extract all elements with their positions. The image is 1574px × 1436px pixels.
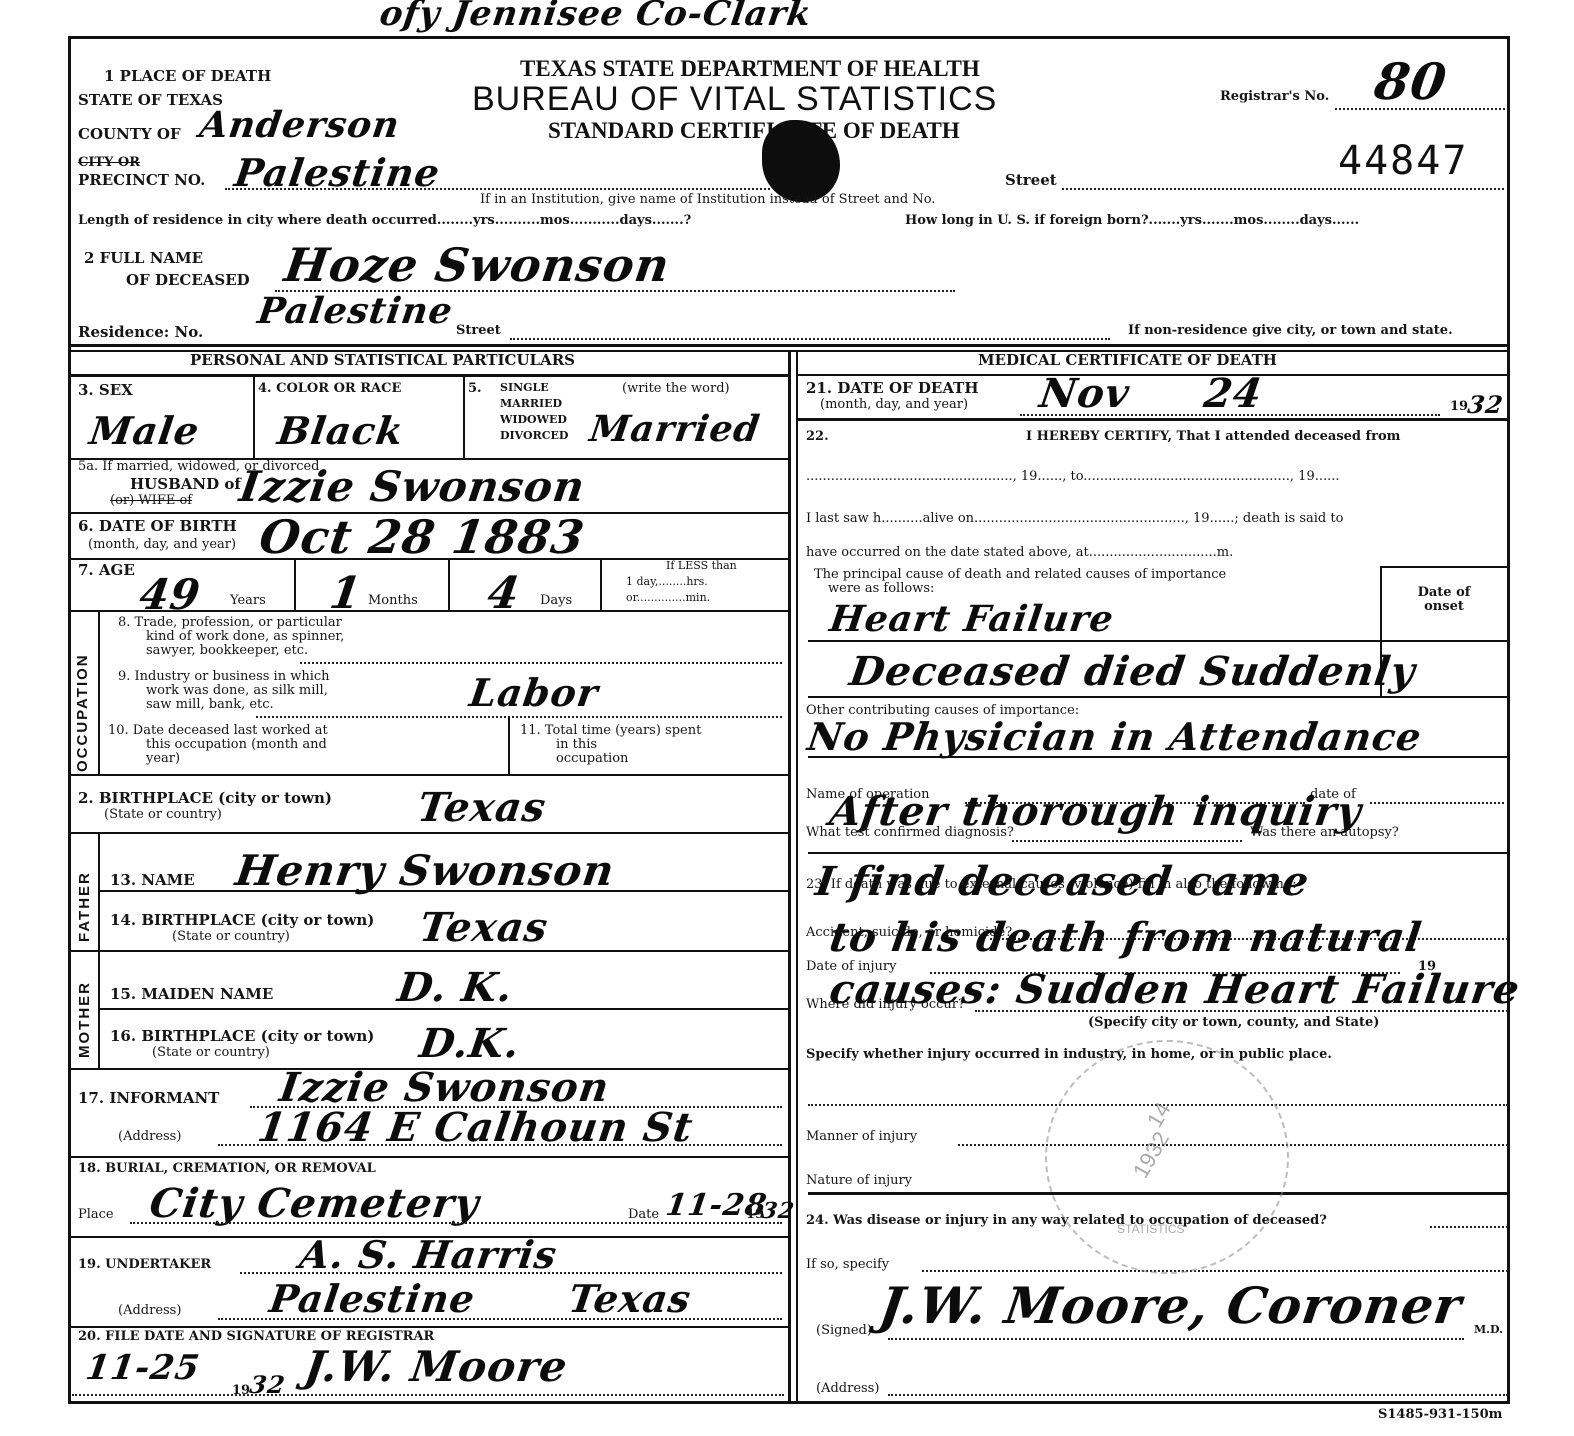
cause-label-1: The principal cause of death and related…	[814, 568, 1226, 582]
county-label: COUNTY OF	[78, 126, 181, 142]
burial-year-value: 32	[760, 1198, 796, 1224]
age-less-2: 1 day,........hrs.	[626, 576, 708, 588]
mother-birthplace-label-2: (State or country)	[152, 1046, 270, 1060]
mother-maiden-label: 15. MAIDEN NAME	[110, 986, 273, 1002]
father-birthplace-value: Texas	[417, 904, 552, 951]
date-of-onset-label: Date of onset	[1404, 586, 1484, 614]
occ10-line3: year)	[146, 752, 180, 766]
marital-single: SINGLE	[500, 382, 549, 394]
race-value: Black	[275, 408, 407, 453]
stamp-text: STATISTICS	[1117, 1222, 1185, 1236]
occ9-line3: saw mill, bank, etc.	[146, 698, 274, 712]
cause-label-2: were as follows:	[828, 582, 934, 596]
occ9-line2: work was done, as silk mill,	[146, 684, 328, 698]
cause-2: Deceased died Suddenly	[847, 648, 1419, 695]
received-stamp: 14 1932 STATISTICS	[1045, 1040, 1289, 1274]
cause-1: Heart Failure	[827, 598, 1117, 640]
birthplace-label-2: (State or country)	[104, 808, 222, 822]
test-label: What test confirmed diagnosis?	[806, 826, 1014, 840]
mother-birthplace-value: D.K.	[417, 1020, 523, 1067]
occurred-line: have occurred on the date stated above, …	[806, 546, 1233, 560]
father-birthplace-label-2: (State or country)	[172, 930, 290, 944]
stamp-year: 1932	[1128, 1127, 1175, 1182]
dod-label-1: 21. DATE OF DEATH	[806, 380, 979, 396]
age-years-label: Years	[230, 594, 266, 608]
form-code: S1485-931-150m	[1378, 1408, 1502, 1422]
father-name-value: Henry Swonson	[233, 846, 618, 895]
signed-label: (Signed)	[816, 1324, 872, 1338]
specify-place-note: Specify whether injury occurred in indus…	[806, 1048, 1332, 1062]
occ8-line2: kind of work done, as spinner,	[146, 630, 344, 644]
dod-label-2: (month, day, and year)	[820, 398, 968, 412]
informant-label: 17. INFORMANT	[78, 1090, 219, 1106]
residence-street-label: Street	[456, 324, 501, 338]
other-causes-value: No Physician in Attendance	[805, 714, 1425, 759]
registrar-signature: J.W. Moore	[302, 1342, 571, 1391]
deceased-name: Hoze Swonson	[281, 238, 673, 292]
certificate-title: STANDARD CERTIFICATE OF DEATH	[548, 118, 960, 144]
external-causes-value: I find deceased came	[813, 858, 1313, 905]
of-deceased-label: OF DECEASED	[126, 272, 250, 288]
signed-value: J.W. Moore, Coroner	[876, 1276, 1466, 1335]
agency-title: TEXAS STATE DEPARTMENT OF HEALTH	[520, 56, 980, 82]
injury-where-value: causes: Sudden Heart Failure	[827, 966, 1523, 1013]
certificate-number: 44847	[1338, 138, 1468, 184]
dob-label-1: 6. DATE OF BIRTH	[78, 518, 237, 534]
street-label: Street	[1005, 172, 1057, 188]
dod-year-value: 32	[1466, 390, 1505, 419]
marital-widowed: WIDOWED	[500, 414, 567, 426]
occ9-line1: 9. Industry or business in which	[118, 670, 330, 684]
spouse-label-3: (or) WIFE of	[110, 494, 192, 508]
father-side-label: FATHER	[76, 842, 93, 942]
undertaker-value: A. S. Harris	[297, 1232, 560, 1277]
occ9-value: Labor	[467, 670, 602, 715]
accident-value: to his death from natural	[827, 914, 1425, 961]
place-of-death-label: 1 PLACE OF DEATH	[104, 68, 271, 84]
medical-section-title: MEDICAL CERTIFICATE OF DEATH	[978, 352, 1277, 368]
occ11-line3: occupation	[556, 752, 628, 766]
age-less-3: or..............min.	[626, 592, 710, 604]
birthplace-label-1: 2. BIRTHPLACE (city or town)	[78, 790, 332, 806]
marital-value: Married	[587, 408, 763, 450]
specify-city-note: (Specify city or town, county, and State…	[1088, 1016, 1379, 1030]
burial-label: 18. BURIAL, CREMATION, OR REMOVAL	[78, 1162, 376, 1176]
mother-birthplace-label-1: 16. BIRTHPLACE (city or town)	[110, 1028, 374, 1044]
occ11-line1: 11. Total time (years) spent	[520, 724, 701, 738]
mother-maiden-value: D. K.	[395, 964, 516, 1011]
occ8-line3: sawyer, bookkeeper, etc.	[146, 644, 308, 658]
undertaker-address-value: Palestine Texas	[267, 1276, 694, 1321]
age-label: 7. AGE	[78, 562, 135, 578]
residence-label: Residence: No.	[78, 324, 203, 340]
last-saw-line: I last saw h..........alive on..........…	[806, 512, 1343, 526]
marital-married: MARRIED	[500, 398, 562, 410]
stamp-day: 14	[1142, 1098, 1177, 1132]
manner-of-injury-label: Manner of injury	[806, 1130, 917, 1144]
sex-value: Male	[87, 408, 203, 453]
county-value: Anderson	[197, 104, 403, 146]
bureau-title: BUREAU OF VITAL STATISTICS	[472, 80, 997, 119]
burial-place-value: City Cemetery	[147, 1180, 483, 1227]
if-so-specify-label: If so, specify	[806, 1258, 889, 1272]
burial-place-label: Place	[78, 1208, 114, 1222]
marital-divorced: DIVORCED	[500, 430, 568, 442]
marital-label: 5.	[468, 382, 482, 396]
occ11-line2: in this	[556, 738, 597, 752]
certify-text: I HEREBY CERTIFY, That I attended deceas…	[1026, 430, 1400, 444]
attended-from-line: ........................................…	[806, 470, 1340, 484]
age-days-label: Days	[540, 594, 572, 608]
registrar-date-value: 11-25	[83, 1348, 202, 1388]
informant-address-label: (Address)	[118, 1130, 181, 1144]
dod-year-prefix: 19	[1450, 400, 1468, 414]
top-annotation: ofy Jennisee Co-Clark	[377, 0, 814, 34]
occupation-side-label: OCCUPATION	[74, 622, 91, 772]
undertaker-label: 19. UNDERTAKER	[78, 1258, 211, 1272]
spouse-value: Izzie Swonson	[237, 462, 589, 511]
sex-label: 3. SEX	[78, 382, 133, 398]
residence-length: Length of residence in city where death …	[78, 214, 691, 228]
institution-note: If in an Institution, give name of Insti…	[480, 193, 935, 207]
age-months-label: Months	[368, 594, 418, 608]
marital-hint: (write the word)	[622, 382, 730, 396]
personal-section-title: PERSONAL AND STATISTICAL PARTICULARS	[190, 352, 575, 368]
precinct-label: PRECINCT NO.	[78, 172, 205, 188]
md-label: M.D.	[1474, 1324, 1503, 1336]
race-label: 4. COLOR OR RACE	[258, 382, 401, 396]
undertaker-address-label: (Address)	[118, 1304, 181, 1318]
signer-address-label: (Address)	[816, 1382, 879, 1396]
residence-value: Palestine	[255, 290, 456, 332]
occ8-line1: 8. Trade, profession, or particular	[118, 616, 342, 630]
full-name-label: 2 FULL NAME	[84, 250, 203, 266]
autopsy-label: Was there an autopsy?	[1250, 826, 1399, 840]
state-label: STATE OF TEXAS	[78, 92, 223, 108]
registrar-no-value: 80	[1371, 52, 1451, 111]
birthplace-value: Texas	[415, 784, 550, 831]
father-birthplace-label-1: 14. BIRTHPLACE (city or town)	[110, 912, 374, 928]
spouse-label-2: HUSBAND of	[130, 476, 241, 492]
city-struck-label: CITY OR	[78, 156, 140, 170]
dob-label-2: (month, day, and year)	[88, 538, 236, 552]
mother-side-label: MOTHER	[76, 958, 93, 1058]
nature-of-injury-label: Nature of injury	[806, 1174, 912, 1188]
foreign-born: How long in U. S. if foreign born?......…	[905, 214, 1359, 228]
registrar-no-label: Registrar's No.	[1220, 90, 1329, 104]
nonresidence-note: If non-residence give city, or town and …	[1128, 324, 1453, 338]
father-name-label: 13. NAME	[110, 872, 195, 888]
item22-label: 22.	[806, 430, 829, 444]
occ10-line2: this occupation (month and	[146, 738, 327, 752]
age-less-1: If LESS than	[666, 560, 737, 572]
dob-value: Oct 28 1883	[256, 510, 588, 564]
burial-date-label: Date	[628, 1208, 659, 1222]
occ10-line1: 10. Date deceased last worked at	[108, 724, 328, 738]
dod-value: Nov 24	[1037, 370, 1266, 417]
